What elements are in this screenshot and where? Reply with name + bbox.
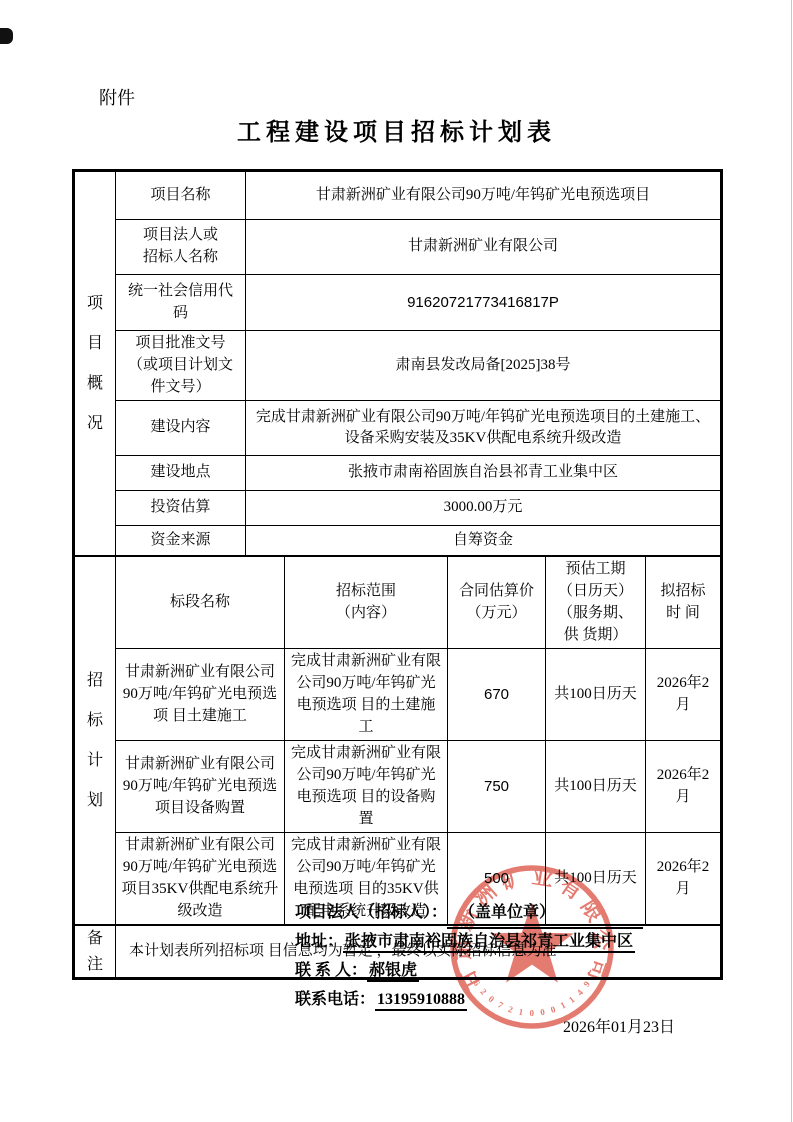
row-label-investment-estimate: 投资估算 bbox=[116, 491, 246, 526]
row-label-approval-number: 项目批准文号（或项目计划文件文号） bbox=[116, 331, 246, 401]
row-label-project-name: 项目名称 bbox=[116, 172, 246, 220]
row-label-fund-source: 资金来源 bbox=[116, 526, 246, 556]
plan-row-price: 750 bbox=[448, 741, 546, 833]
row-label-legal-person: 项目法人或 招标人名称 bbox=[116, 220, 246, 275]
col-header-bid-scope: 招标范围 （内容） bbox=[285, 557, 448, 649]
section-label-remark: 备注 bbox=[75, 926, 116, 978]
row-value-approval-number: 肃南县发改局备[2025]38号 bbox=[246, 331, 721, 401]
project-overview-table: 项目概况 项目名称 甘肃新洲矿业有限公司90万吨/年钨矿光电预选项目 项目法人或… bbox=[74, 171, 721, 556]
page-title: 工程建设项目招标计划表 bbox=[0, 112, 793, 147]
address-label: 地址： bbox=[295, 933, 343, 950]
row-value-investment-estimate: 3000.00万元 bbox=[246, 491, 721, 526]
section-label-plan: 招标计划 bbox=[75, 557, 116, 925]
col-header-bid-time: 拟招标 时 间 bbox=[646, 557, 721, 649]
plan-row-duration: 共100日历天 bbox=[546, 649, 646, 741]
phone-label: 联系电话： bbox=[295, 991, 375, 1008]
company-seal: 甘肃新洲矿业有限公司 6207210001149 bbox=[437, 852, 627, 1042]
plan-row-name: 甘肃新洲矿业有限公司90万吨/年钨矿光电预选项 目土建施工 bbox=[116, 649, 285, 741]
attachment-label: 附件 bbox=[99, 84, 135, 110]
section-label-remark-text: 备注 bbox=[86, 926, 104, 977]
scan-edge-line bbox=[791, 0, 792, 1122]
plan-row-duration: 共100日历天 bbox=[546, 741, 646, 833]
row-value-project-name: 甘肃新洲矿业有限公司90万吨/年钨矿光电预选项目 bbox=[246, 172, 721, 220]
section-label-plan-text: 招标计划 bbox=[86, 661, 104, 821]
seal-star-icon bbox=[490, 903, 574, 983]
legal-person-label: 项目法人（招标人）： bbox=[295, 904, 447, 921]
row-value-fund-source: 自筹资金 bbox=[246, 526, 721, 556]
row-label-construction-content: 建设内容 bbox=[116, 401, 246, 456]
row-label-credit-code: 统一社会信用代码 bbox=[116, 275, 246, 331]
scan-artifact bbox=[0, 28, 13, 44]
plan-row-time: 2026年2月 bbox=[646, 741, 721, 833]
row-label-construction-site: 建设地点 bbox=[116, 456, 246, 491]
section-label-overview: 项目概况 bbox=[75, 172, 116, 556]
section-label-overview-text: 项目概况 bbox=[86, 284, 104, 444]
contact-value: 郝银虎 bbox=[367, 962, 419, 982]
row-value-construction-content: 完成甘肃新洲矿业有限公司90万吨/年钨矿光电预选项目的土建施工、设备采购安装及3… bbox=[246, 401, 721, 456]
plan-row-scope: 完成甘肃新洲矿业有限公司90万吨/年钨矿光电预选项 目的设备购置 bbox=[285, 741, 448, 833]
plan-row-name: 甘肃新洲矿业有限公司90万吨/年钨矿光电预选项目设备购置 bbox=[116, 741, 285, 833]
plan-row-scope: 完成甘肃新洲矿业有限公司90万吨/年钨矿光电预选项 目的土建施工 bbox=[285, 649, 448, 741]
plan-row-price: 670 bbox=[448, 649, 546, 741]
row-value-construction-site: 张掖市肃南裕固族自治县祁青工业集中区 bbox=[246, 456, 721, 491]
document-page: 附件 工程建设项目招标计划表 项目概况 项目名称 甘肃新洲矿业有限公司90万吨/… bbox=[0, 0, 793, 1122]
contact-label: 联 系 人： bbox=[295, 962, 367, 979]
col-header-section-name: 标段名称 bbox=[116, 557, 285, 649]
col-header-duration: 预估工期（日历天）（服务期、供 货期） bbox=[546, 557, 646, 649]
col-header-contract-price: 合同估算价 （万元） bbox=[448, 557, 546, 649]
row-value-legal-person: 甘肃新洲矿业有限公司 bbox=[246, 220, 721, 275]
row-value-credit-code: 91620721773416817P bbox=[246, 275, 721, 331]
plan-row-name: 甘肃新洲矿业有限公司90万吨/年钨矿光电预选项目35KV供配电系统升级改造 bbox=[116, 833, 285, 925]
plan-row-time: 2026年2月 bbox=[646, 649, 721, 741]
